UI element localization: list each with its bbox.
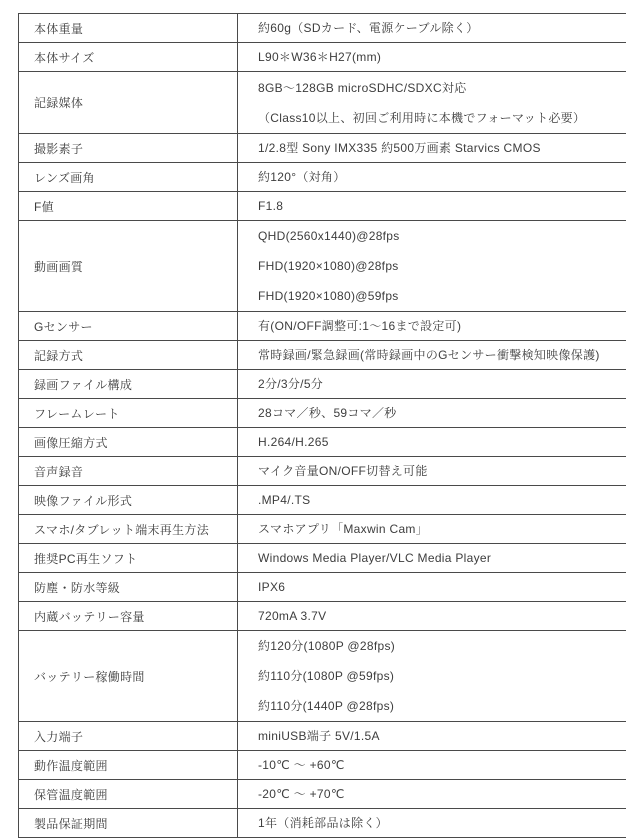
- spec-value-line: FHD(1920×1080)@59fps: [258, 281, 626, 311]
- spec-value-line: 約60g（SDカード、電源ケーブル除く）: [258, 14, 626, 42]
- spec-value-line: 1年（消耗部品は除く）: [258, 809, 626, 837]
- spec-label: 動画画質: [19, 221, 238, 312]
- spec-value: Windows Media Player/VLC Media Player: [238, 544, 626, 573]
- spec-row: 内蔵バッテリー容量720mA 3.7V: [19, 602, 626, 631]
- spec-value: -10℃ 〜 +60℃: [238, 751, 626, 780]
- spec-value-line: 1/2.8型 Sony IMX335 約500万画素 Starvics CMOS: [258, 134, 626, 162]
- spec-label: 内蔵バッテリー容量: [19, 602, 238, 631]
- spec-row: 製品保証期間1年（消耗部品は除く）: [19, 809, 626, 838]
- spec-value-line: -10℃ 〜 +60℃: [258, 751, 626, 779]
- spec-row: 本体サイズL90＊W36＊H27(mm): [19, 43, 626, 72]
- spec-value-line: H.264/H.265: [258, 428, 626, 456]
- spec-sheet: 本体重量約60g（SDカード、電源ケーブル除く）本体サイズL90＊W36＊H27…: [18, 13, 626, 838]
- spec-value: 8GB〜128GB microSDHC/SDXC対応（Class10以上、初回ご…: [238, 72, 626, 134]
- spec-table-body: 本体重量約60g（SDカード、電源ケーブル除く）本体サイズL90＊W36＊H27…: [19, 14, 626, 838]
- spec-value: QHD(2560x1440)@28fpsFHD(1920×1080)@28fps…: [238, 221, 626, 312]
- spec-label: 入力端子: [19, 722, 238, 751]
- spec-value-line: IPX6: [258, 573, 626, 601]
- spec-label: F値: [19, 192, 238, 221]
- spec-row: 防塵・防水等級IPX6: [19, 573, 626, 602]
- spec-value-line: FHD(1920×1080)@28fps: [258, 251, 626, 281]
- spec-row: Gセンサー有(ON/OFF調整可:1〜16まで設定可): [19, 312, 626, 341]
- spec-value: H.264/H.265: [238, 428, 626, 457]
- spec-value-line: スマホアプリ「Maxwin Cam」: [258, 515, 626, 543]
- spec-value: スマホアプリ「Maxwin Cam」: [238, 515, 626, 544]
- spec-label: 映像ファイル形式: [19, 486, 238, 515]
- spec-row: 映像ファイル形式.MP4/.TS: [19, 486, 626, 515]
- spec-value: マイク音量ON/OFF切替え可能: [238, 457, 626, 486]
- spec-value-line: QHD(2560x1440)@28fps: [258, 221, 626, 251]
- spec-row: 記録媒体8GB〜128GB microSDHC/SDXC対応（Class10以上…: [19, 72, 626, 134]
- spec-value: L90＊W36＊H27(mm): [238, 43, 626, 72]
- spec-value-line: .MP4/.TS: [258, 486, 626, 514]
- spec-value: 28コマ／秒、59コマ／秒: [238, 399, 626, 428]
- spec-value-line: 約110分(1440P @28fps): [258, 691, 626, 721]
- spec-value-line: 720mA 3.7V: [258, 602, 626, 630]
- spec-label: レンズ画角: [19, 163, 238, 192]
- spec-label: Gセンサー: [19, 312, 238, 341]
- spec-row: 画像圧縮方式H.264/H.265: [19, 428, 626, 457]
- spec-value: 1年（消耗部品は除く）: [238, 809, 626, 838]
- spec-value-line: 約110分(1080P @59fps): [258, 661, 626, 691]
- spec-row: F値F1.8: [19, 192, 626, 221]
- spec-label: フレームレート: [19, 399, 238, 428]
- spec-value-line: miniUSB端子 5V/1.5A: [258, 722, 626, 750]
- spec-value-line: -20℃ 〜 +70℃: [258, 780, 626, 808]
- spec-value-line: F1.8: [258, 192, 626, 220]
- spec-row: 本体重量約60g（SDカード、電源ケーブル除く）: [19, 14, 626, 43]
- spec-value-line: 約120分(1080P @28fps): [258, 631, 626, 661]
- spec-value: 1/2.8型 Sony IMX335 約500万画素 Starvics CMOS: [238, 134, 626, 163]
- spec-label: スマホ/タブレット端末再生方法: [19, 515, 238, 544]
- spec-value: miniUSB端子 5V/1.5A: [238, 722, 626, 751]
- spec-label: 画像圧縮方式: [19, 428, 238, 457]
- spec-value: .MP4/.TS: [238, 486, 626, 515]
- spec-label: 音声録音: [19, 457, 238, 486]
- spec-row: スマホ/タブレット端末再生方法スマホアプリ「Maxwin Cam」: [19, 515, 626, 544]
- spec-value: 約120分(1080P @28fps)約110分(1080P @59fps)約1…: [238, 631, 626, 722]
- spec-value-line: 8GB〜128GB microSDHC/SDXC対応: [258, 73, 626, 103]
- spec-value: 有(ON/OFF調整可:1〜16まで設定可): [238, 312, 626, 341]
- spec-row: 保管温度範囲-20℃ 〜 +70℃: [19, 780, 626, 809]
- spec-row: 記録方式常時録画/緊急録画(常時録画中のGセンサー衝撃検知映像保護): [19, 341, 626, 370]
- spec-value: IPX6: [238, 573, 626, 602]
- spec-value: 720mA 3.7V: [238, 602, 626, 631]
- spec-label: 製品保証期間: [19, 809, 238, 838]
- spec-label: 本体重量: [19, 14, 238, 43]
- spec-table: 本体重量約60g（SDカード、電源ケーブル除く）本体サイズL90＊W36＊H27…: [18, 13, 626, 838]
- spec-value: -20℃ 〜 +70℃: [238, 780, 626, 809]
- spec-label: 録画ファイル構成: [19, 370, 238, 399]
- spec-value-line: 約120°（対角）: [258, 163, 626, 191]
- spec-label: バッテリー稼働時間: [19, 631, 238, 722]
- spec-row: バッテリー稼働時間約120分(1080P @28fps)約110分(1080P …: [19, 631, 626, 722]
- spec-row: 動作温度範囲-10℃ 〜 +60℃: [19, 751, 626, 780]
- spec-value: 2分/3分/5分: [238, 370, 626, 399]
- spec-row: 録画ファイル構成2分/3分/5分: [19, 370, 626, 399]
- spec-value: F1.8: [238, 192, 626, 221]
- spec-row: 音声録音マイク音量ON/OFF切替え可能: [19, 457, 626, 486]
- spec-label: 動作温度範囲: [19, 751, 238, 780]
- spec-label: 推奨PC再生ソフト: [19, 544, 238, 573]
- spec-row: フレームレート28コマ／秒、59コマ／秒: [19, 399, 626, 428]
- spec-label: 撮影素子: [19, 134, 238, 163]
- spec-value: 約60g（SDカード、電源ケーブル除く）: [238, 14, 626, 43]
- spec-value-line: 28コマ／秒、59コマ／秒: [258, 399, 626, 427]
- spec-row: 動画画質QHD(2560x1440)@28fpsFHD(1920×1080)@2…: [19, 221, 626, 312]
- spec-row: 入力端子miniUSB端子 5V/1.5A: [19, 722, 626, 751]
- spec-row: 推奨PC再生ソフトWindows Media Player/VLC Media …: [19, 544, 626, 573]
- spec-label: 記録方式: [19, 341, 238, 370]
- spec-label: 本体サイズ: [19, 43, 238, 72]
- spec-value: 常時録画/緊急録画(常時録画中のGセンサー衝撃検知映像保護): [238, 341, 626, 370]
- spec-label: 保管温度範囲: [19, 780, 238, 809]
- spec-value: 約120°（対角）: [238, 163, 626, 192]
- spec-value-line: マイク音量ON/OFF切替え可能: [258, 457, 626, 485]
- spec-value-line: 有(ON/OFF調整可:1〜16まで設定可): [258, 312, 626, 340]
- spec-row: 撮影素子1/2.8型 Sony IMX335 約500万画素 Starvics …: [19, 134, 626, 163]
- spec-value-line: Windows Media Player/VLC Media Player: [258, 544, 626, 572]
- spec-label: 防塵・防水等級: [19, 573, 238, 602]
- spec-row: レンズ画角約120°（対角）: [19, 163, 626, 192]
- spec-label: 記録媒体: [19, 72, 238, 134]
- spec-value-line: L90＊W36＊H27(mm): [258, 43, 626, 71]
- spec-value-line: （Class10以上、初回ご利用時に本機でフォーマット必要）: [258, 103, 626, 133]
- spec-value-line: 2分/3分/5分: [258, 370, 626, 398]
- spec-value-line: 常時録画/緊急録画(常時録画中のGセンサー衝撃検知映像保護): [258, 341, 626, 369]
